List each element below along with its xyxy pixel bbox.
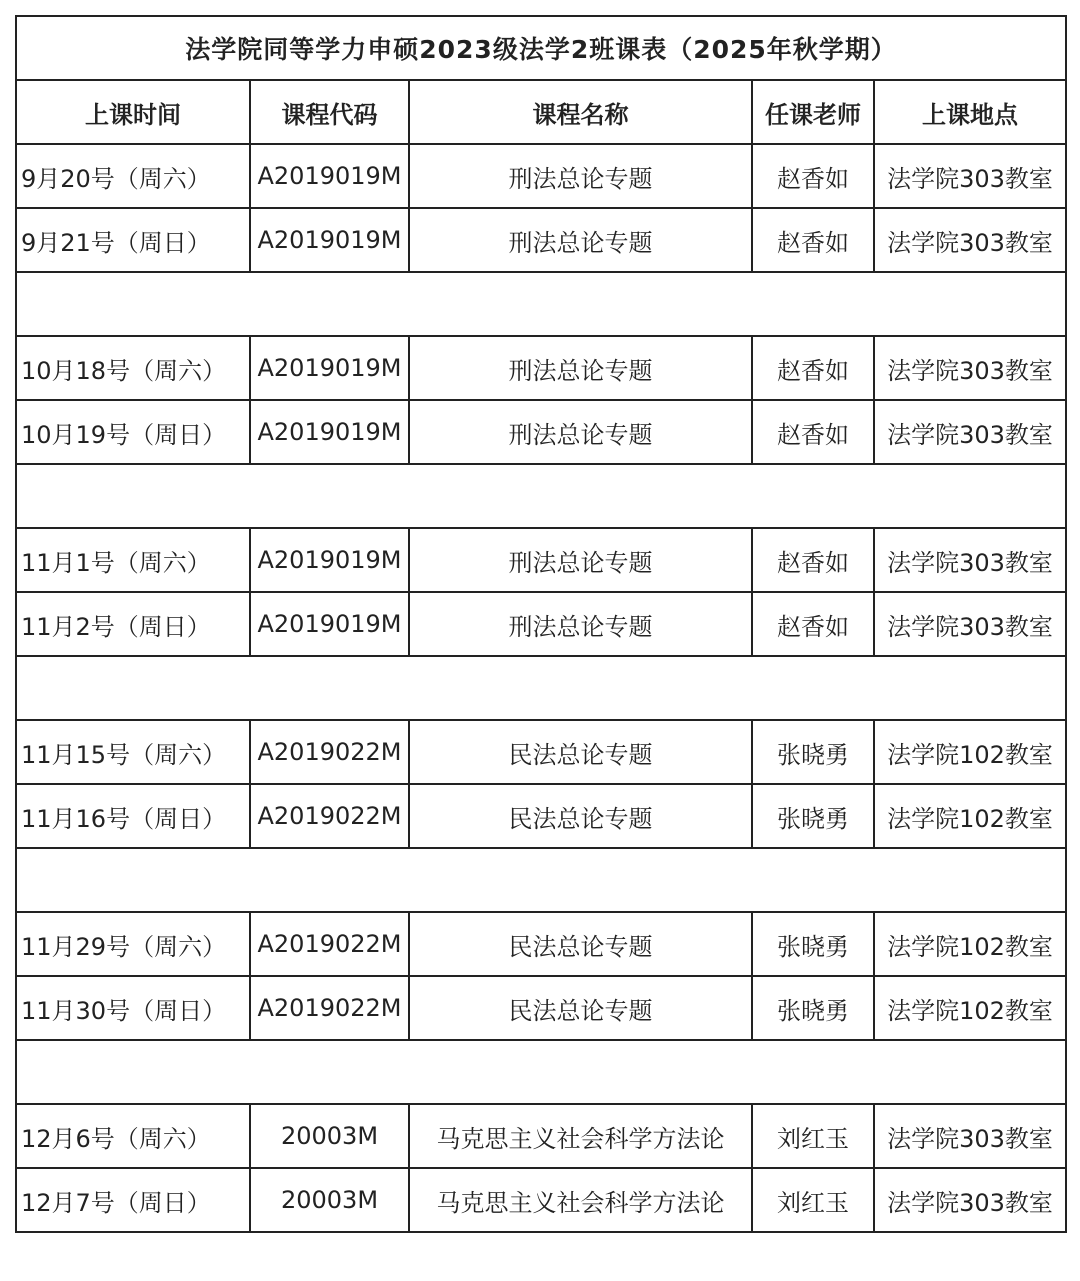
header-row: 上课时间 课程代码 课程名称 任课老师 上课地点 — [16, 80, 1066, 144]
cell-teacher: 张晓勇 — [752, 784, 874, 848]
spacer-row — [16, 1040, 1066, 1104]
table-row: 11月16号（周日）A2019022M民法总论专题张晓勇法学院102教室 — [16, 784, 1066, 848]
header-code: 课程代码 — [250, 80, 409, 144]
header-location: 上课地点 — [874, 80, 1066, 144]
cell-teacher: 赵香如 — [752, 336, 874, 400]
cell-course: 马克思主义社会科学方法论 — [409, 1168, 752, 1232]
cell-location: 法学院303教室 — [874, 336, 1066, 400]
cell-code: 20003M — [250, 1104, 409, 1168]
cell-location: 法学院303教室 — [874, 592, 1066, 656]
table-row: 10月19号（周日）A2019019M刑法总论专题赵香如法学院303教室 — [16, 400, 1066, 464]
spacer-cell — [16, 464, 1066, 528]
cell-code: A2019019M — [250, 528, 409, 592]
cell-code: A2019022M — [250, 720, 409, 784]
table-row: 11月2号（周日）A2019019M刑法总论专题赵香如法学院303教室 — [16, 592, 1066, 656]
table-row: 11月30号（周日）A2019022M民法总论专题张晓勇法学院102教室 — [16, 976, 1066, 1040]
cell-code: A2019019M — [250, 144, 409, 208]
table-row: 9月21号（周日）A2019019M刑法总论专题赵香如法学院303教室 — [16, 208, 1066, 272]
table-row: 12月7号（周日）20003M马克思主义社会科学方法论刘红玉法学院303教室 — [16, 1168, 1066, 1232]
cell-teacher: 赵香如 — [752, 592, 874, 656]
spacer-cell — [16, 848, 1066, 912]
cell-date: 11月29号（周六） — [16, 912, 250, 976]
cell-location: 法学院303教室 — [874, 144, 1066, 208]
schedule-table: 法学院同等学力申硕2023级法学2班课表（2025年秋学期） 上课时间 课程代码… — [15, 15, 1067, 1233]
cell-course: 民法总论专题 — [409, 976, 752, 1040]
table-row: 9月20号（周六）A2019019M刑法总论专题赵香如法学院303教室 — [16, 144, 1066, 208]
cell-teacher: 张晓勇 — [752, 720, 874, 784]
cell-course: 刑法总论专题 — [409, 528, 752, 592]
cell-course: 刑法总论专题 — [409, 592, 752, 656]
title-row: 法学院同等学力申硕2023级法学2班课表（2025年秋学期） — [16, 16, 1066, 80]
cell-location: 法学院102教室 — [874, 720, 1066, 784]
cell-teacher: 张晓勇 — [752, 976, 874, 1040]
cell-code: A2019022M — [250, 784, 409, 848]
header-date: 上课时间 — [16, 80, 250, 144]
cell-code: A2019022M — [250, 912, 409, 976]
cell-date: 11月2号（周日） — [16, 592, 250, 656]
header-teacher: 任课老师 — [752, 80, 874, 144]
spacer-row — [16, 272, 1066, 336]
cell-code: A2019022M — [250, 976, 409, 1040]
table-title: 法学院同等学力申硕2023级法学2班课表（2025年秋学期） — [16, 16, 1066, 80]
spacer-cell — [16, 1040, 1066, 1104]
table-row: 10月18号（周六）A2019019M刑法总论专题赵香如法学院303教室 — [16, 336, 1066, 400]
cell-code: A2019019M — [250, 208, 409, 272]
cell-course: 马克思主义社会科学方法论 — [409, 1104, 752, 1168]
cell-location: 法学院303教室 — [874, 1168, 1066, 1232]
cell-course: 民法总论专题 — [409, 912, 752, 976]
cell-date: 9月20号（周六） — [16, 144, 250, 208]
cell-code: A2019019M — [250, 592, 409, 656]
cell-course: 刑法总论专题 — [409, 208, 752, 272]
cell-date: 12月6号（周六） — [16, 1104, 250, 1168]
cell-course: 刑法总论专题 — [409, 144, 752, 208]
spacer-cell — [16, 656, 1066, 720]
cell-code: A2019019M — [250, 400, 409, 464]
spacer-cell — [16, 272, 1066, 336]
cell-teacher: 赵香如 — [752, 144, 874, 208]
cell-location: 法学院102教室 — [874, 784, 1066, 848]
cell-date: 11月1号（周六） — [16, 528, 250, 592]
header-course: 课程名称 — [409, 80, 752, 144]
cell-date: 11月15号（周六） — [16, 720, 250, 784]
cell-location: 法学院303教室 — [874, 208, 1066, 272]
cell-course: 民法总论专题 — [409, 720, 752, 784]
table-row: 11月1号（周六）A2019019M刑法总论专题赵香如法学院303教室 — [16, 528, 1066, 592]
cell-location: 法学院102教室 — [874, 912, 1066, 976]
cell-location: 法学院303教室 — [874, 528, 1066, 592]
cell-location: 法学院102教室 — [874, 976, 1066, 1040]
cell-date: 9月21号（周日） — [16, 208, 250, 272]
cell-date: 11月30号（周日） — [16, 976, 250, 1040]
spacer-row — [16, 848, 1066, 912]
table-row: 11月29号（周六）A2019022M民法总论专题张晓勇法学院102教室 — [16, 912, 1066, 976]
cell-course: 民法总论专题 — [409, 784, 752, 848]
cell-date: 10月18号（周六） — [16, 336, 250, 400]
cell-teacher: 张晓勇 — [752, 912, 874, 976]
table-row: 12月6号（周六）20003M马克思主义社会科学方法论刘红玉法学院303教室 — [16, 1104, 1066, 1168]
cell-course: 刑法总论专题 — [409, 400, 752, 464]
cell-location: 法学院303教室 — [874, 400, 1066, 464]
cell-teacher: 赵香如 — [752, 528, 874, 592]
cell-teacher: 赵香如 — [752, 400, 874, 464]
spacer-row — [16, 656, 1066, 720]
cell-code: 20003M — [250, 1168, 409, 1232]
cell-date: 12月7号（周日） — [16, 1168, 250, 1232]
spacer-row — [16, 464, 1066, 528]
cell-date: 11月16号（周日） — [16, 784, 250, 848]
cell-teacher: 刘红玉 — [752, 1104, 874, 1168]
cell-teacher: 赵香如 — [752, 208, 874, 272]
cell-code: A2019019M — [250, 336, 409, 400]
cell-teacher: 刘红玉 — [752, 1168, 874, 1232]
cell-location: 法学院303教室 — [874, 1104, 1066, 1168]
cell-date: 10月19号（周日） — [16, 400, 250, 464]
cell-course: 刑法总论专题 — [409, 336, 752, 400]
table-row: 11月15号（周六）A2019022M民法总论专题张晓勇法学院102教室 — [16, 720, 1066, 784]
